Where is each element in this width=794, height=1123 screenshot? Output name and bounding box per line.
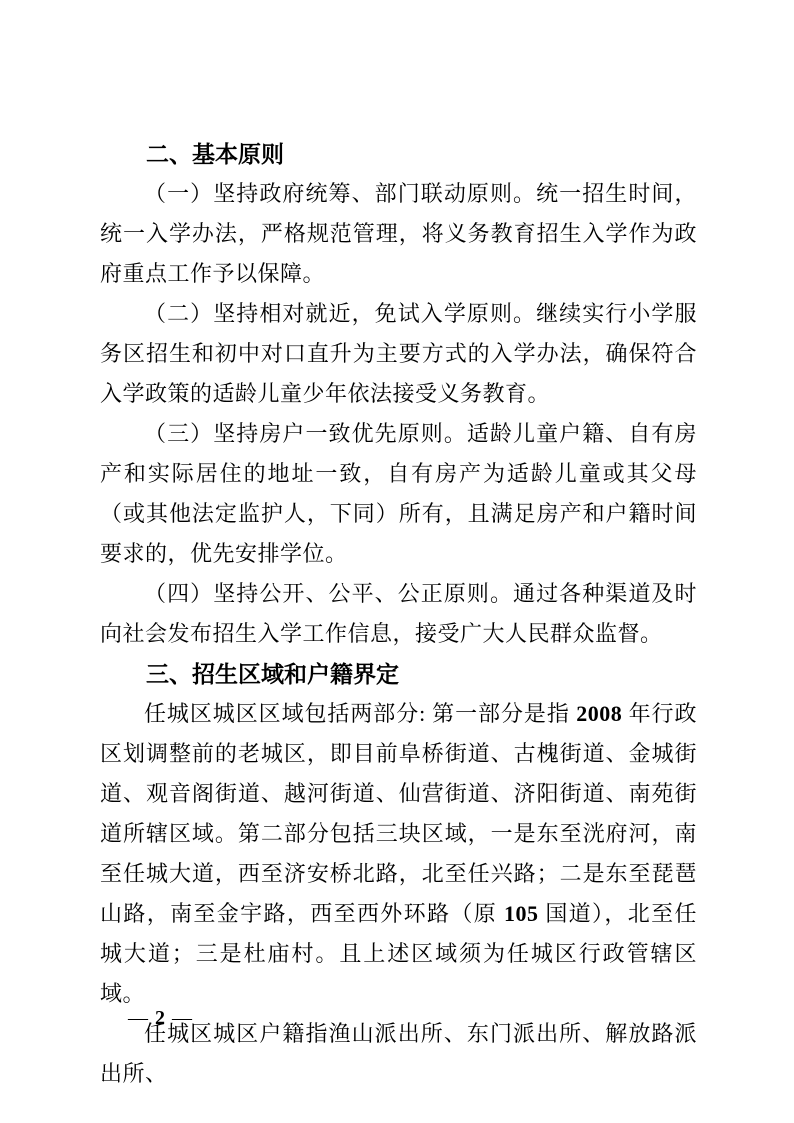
page-number: — 2 — — [128, 1003, 193, 1033]
document-page: 二、基本原则（一）坚持政府统筹、部门联动原则。统一招生时间，统一入学办法，严格规… — [0, 0, 794, 1123]
body-paragraph: （一）坚持政府统筹、部门联动原则。统一招生时间，统一入学办法，严格规范管理，将义… — [100, 174, 697, 294]
body-paragraph: （四）坚持公开、公平、公正原则。通过各种渠道及时向社会发布招生入学工作信息，接受… — [100, 574, 697, 654]
body-paragraph: （三）坚持房户一致优先原则。适龄儿童户籍、自有房产和实际居住的地址一致，自有房产… — [100, 414, 697, 574]
section-heading: 三、招生区域和户籍界定 — [100, 654, 697, 694]
body-paragraph: （二）坚持相对就近，免试入学原则。继续实行小学服务区招生和初中对口直升为主要方式… — [100, 294, 697, 414]
section-heading: 二、基本原则 — [100, 134, 697, 174]
document-body: 二、基本原则（一）坚持政府统筹、部门联动原则。统一招生时间，统一入学办法，严格规… — [100, 134, 697, 1094]
body-paragraph: 任城区城区区域包括两部分: 第一部分是指 2008 年行政区划调整前的老城区，即… — [100, 694, 697, 1014]
